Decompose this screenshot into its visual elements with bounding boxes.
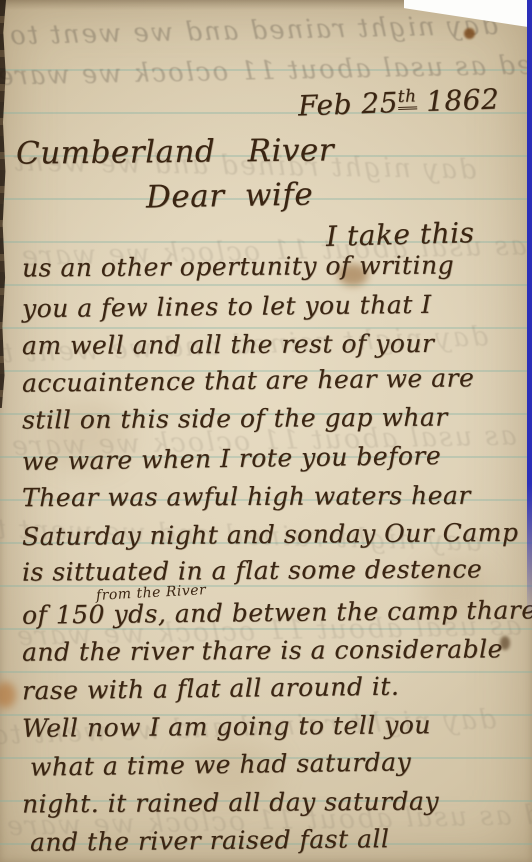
letter-line: of 150 yds, and betwen the camp thare (22, 595, 532, 629)
letter-date: Feb 25th 1862 (297, 82, 499, 122)
letter-line: am well and all the rest of your (22, 329, 435, 360)
letter-line: night. it rained all day saturday (22, 787, 439, 819)
letter-line: what a time we had saturday (30, 747, 412, 781)
letter-line: rase with a flat all around it. (22, 672, 400, 706)
letter-line: and the river thare is a considerable (22, 634, 503, 666)
letter-line: accuaintence that are hear we are (22, 363, 475, 398)
letter-location: Cumberland River (16, 132, 334, 171)
date-month-day: Feb 25 (297, 86, 398, 122)
letter-scan: day night rained and we went to bed as u… (0, 0, 532, 862)
letter-line: you a few lines to let you that I (22, 290, 432, 323)
letter-line: Well now I am going to tell you (22, 710, 431, 743)
right-binding-strip (527, 0, 532, 620)
letter-line: us an other opertunity of writing (22, 250, 454, 282)
date-ordinal: th (397, 86, 417, 110)
letter-line: we ware when I rote you before (22, 441, 442, 476)
letter-salutation: Dear wife (146, 177, 314, 216)
letter-line: Saturday night and sonday Our Camp (22, 518, 519, 551)
date-year: 1862 (426, 82, 500, 118)
letter-opening: I take this (326, 216, 475, 253)
letter-line: and the river raised fast all (30, 824, 390, 857)
letter-line: is sittuated in a flat some destence (22, 554, 482, 586)
letter-line: Thear was awful high waters hear (22, 481, 471, 512)
letter-line: still on this side of the gap whar (22, 403, 448, 435)
